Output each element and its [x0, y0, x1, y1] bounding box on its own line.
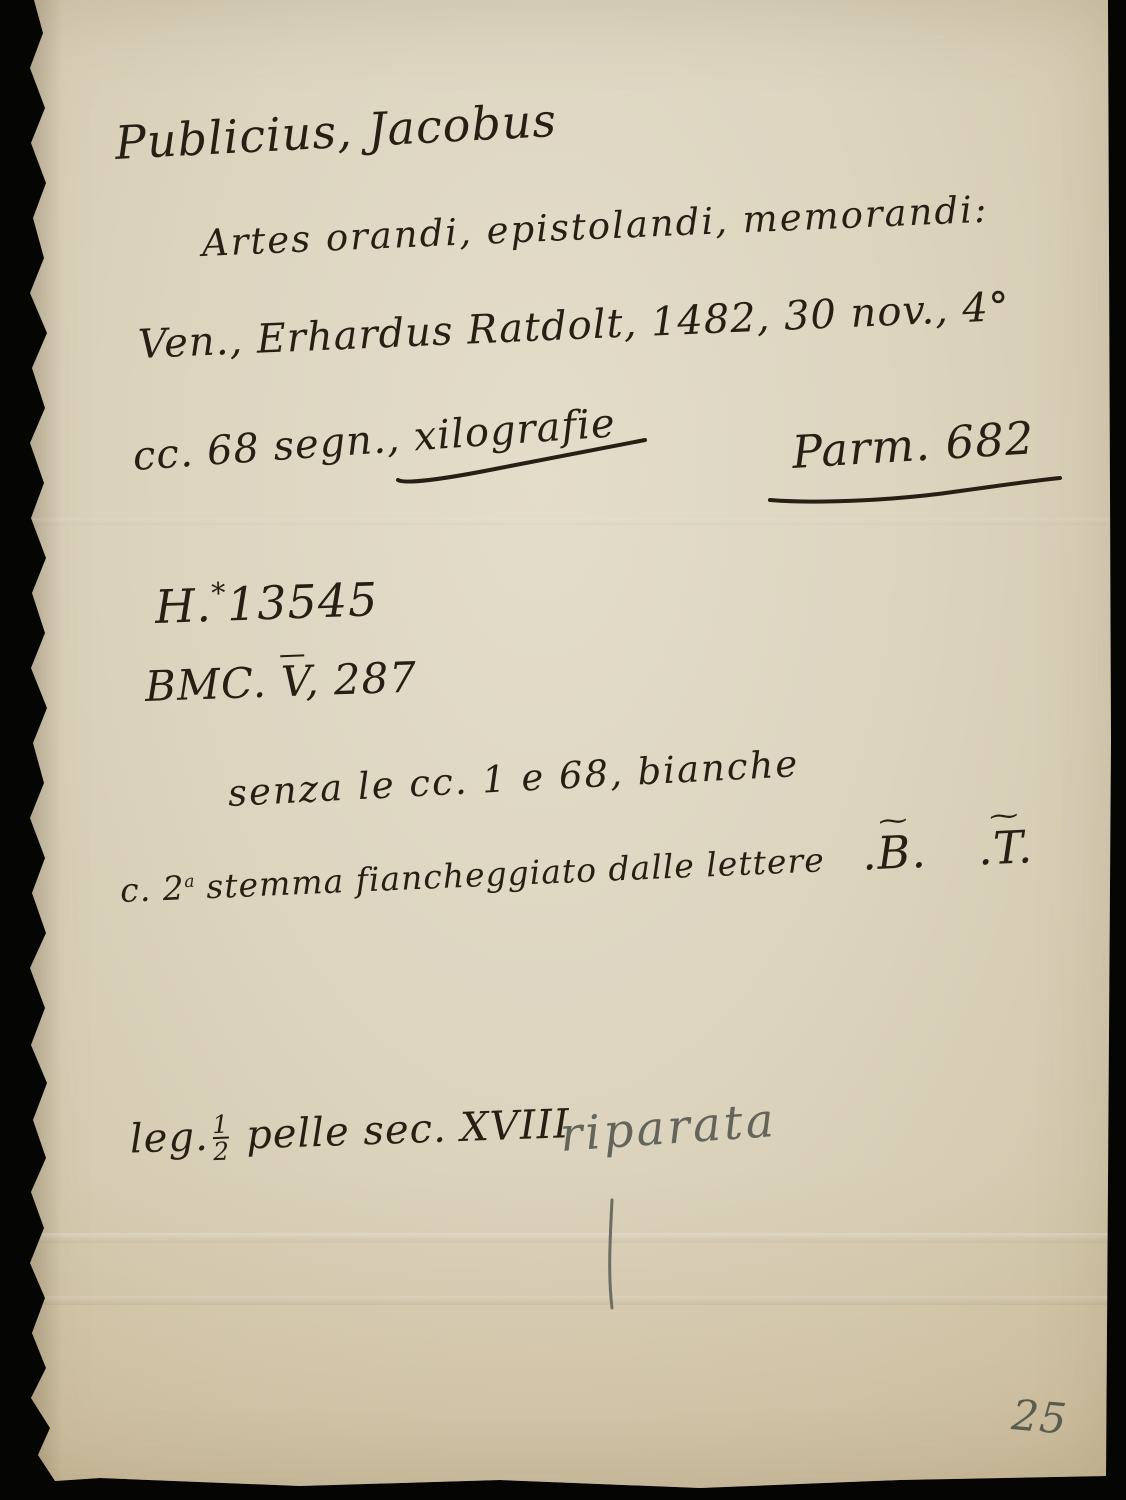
bmc-rest: , 287 — [304, 653, 418, 706]
collation-line: cc. 68 segn., xilografie — [131, 400, 617, 480]
half-fraction: 12 — [212, 1113, 230, 1164]
torn-edge-shadow — [28, 0, 62, 1500]
blank-leaves-note: senza le cc. 1 e 68, bianche — [227, 742, 800, 815]
work-title: Artes orandi, epistolandi, memorandi: — [201, 188, 989, 265]
collation-underlined-word: xilografie — [412, 400, 617, 460]
bmc-reference: BMC. V, 287 — [144, 653, 418, 711]
stemma-note: c. 2a stemma fiancheggiato dalle lettere… — [119, 820, 1034, 913]
author-heading: Publicius, Jacobus — [114, 93, 559, 170]
hain-number: 13545 — [226, 572, 379, 631]
imprint-line: Ven., Erhardus Ratdolt, 1482, 30 nov., 4… — [137, 284, 1011, 368]
hain-prefix: H. — [154, 578, 213, 634]
paper-crease — [0, 1296, 1126, 1305]
repair-note-pencil: riparata — [558, 1093, 778, 1163]
paper-crease — [0, 1233, 1126, 1243]
bmc-volume-numeral: V — [280, 656, 306, 706]
collation-text: cc. 68 segn., — [131, 414, 415, 480]
hain-reference: H.*13545 — [154, 572, 379, 634]
fraction-denominator: 2 — [213, 1136, 230, 1163]
catalog-card-paper: Publicius, Jacobus Artes orandi, epistol… — [0, 0, 1126, 1500]
paper-crease — [0, 518, 1126, 525]
binding-note: leg.12 pelle sec. XVIII — [129, 1101, 571, 1166]
shelfmark: Parm. 682 — [790, 411, 1036, 479]
page-number-pencil: 25 — [1010, 1390, 1070, 1444]
binding-text: pelle sec. XVIII — [232, 1101, 571, 1159]
abbreviation-tilde: ∼ — [875, 805, 911, 836]
stemma-letter-b: ∼.B. — [861, 825, 928, 881]
bmc-prefix: BMC. — [144, 657, 282, 711]
stemma-leaf-ref: c. 2 — [119, 868, 185, 910]
abbreviation-tilde: ∼ — [986, 801, 1022, 832]
binding-abbrev: leg. — [129, 1114, 209, 1163]
shelfmark-underline — [770, 478, 1060, 502]
fraction-numerator: 1 — [212, 1113, 229, 1137]
stemma-letter-t: ∼.T. — [977, 820, 1034, 875]
pencil-descender-stroke — [610, 1200, 612, 1308]
stemma-text: stemma fiancheggiato dalle lettere — [194, 840, 825, 906]
hain-star-mark: * — [211, 576, 227, 610]
